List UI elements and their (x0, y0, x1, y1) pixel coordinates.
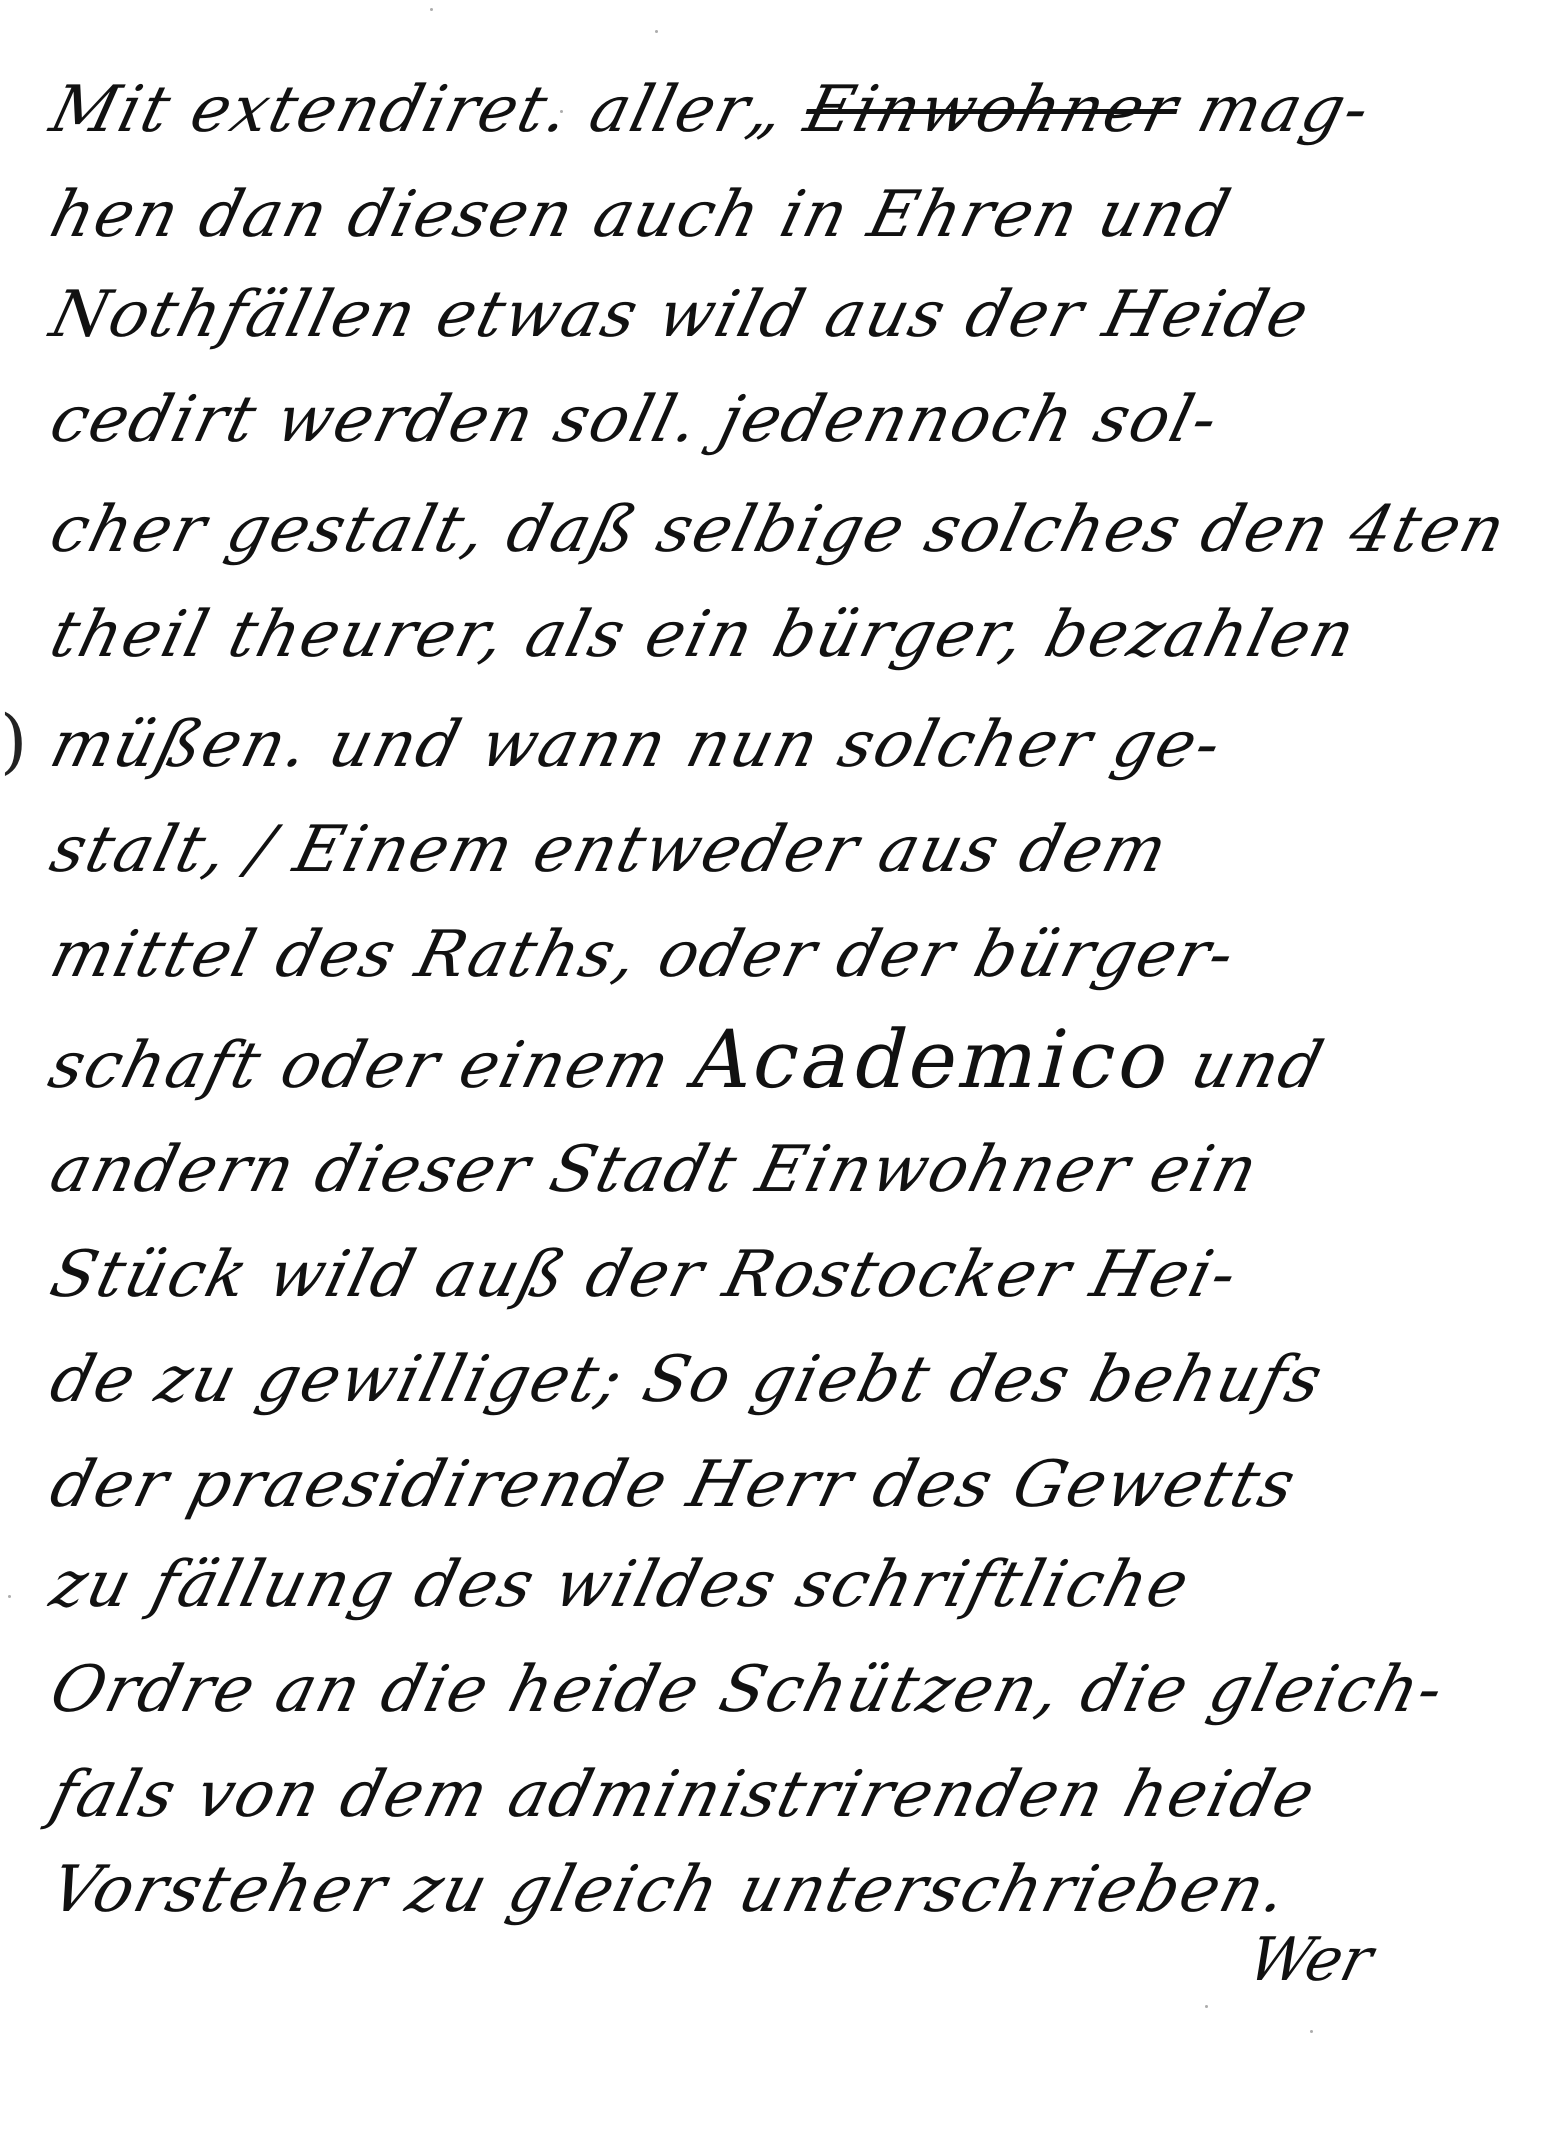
text-line-8: stalt, / Einem entweder aus dem (40, 800, 1179, 900)
line-text: Mit extendiret. aller„ (43, 73, 816, 147)
text-line-2: hen dan diesen auch in Ehren und (40, 165, 1242, 265)
text-line-1: Mit extendiret. aller„ Einwohner mag- (40, 60, 1382, 160)
speck (655, 30, 658, 33)
text-line-9: mittel des Raths, oder der bürger- (40, 905, 1246, 1005)
line-text: schaft oder einem (42, 1029, 701, 1103)
text-line-16: Ordre an die heide Schützen, die gleich- (40, 1640, 1455, 1740)
margin-mark: ) (0, 700, 27, 782)
text-line-13: de zu gewilliget; So giebt des behufs (40, 1330, 1334, 1430)
text-line-6: theil theurer, als ein bürger, bezahlen (40, 585, 1367, 685)
text-line-5: cher gestalt, daß selbige solches den 4t… (40, 480, 1517, 580)
text-line-4: cedirt werden soll. jedennoch sol- (40, 370, 1230, 470)
text-line-11: andern dieser Stadt Einwohner ein (40, 1120, 1270, 1220)
text-line-14: der praesidirende Herr des Gewetts (40, 1435, 1307, 1535)
text-line-12: Stück wild auß der Rostocker Hei- (40, 1225, 1249, 1325)
text-line-18: Vorsteher zu gleich unterschrieben. (40, 1840, 1299, 1940)
speck (1205, 2005, 1208, 2008)
text-line-7: müßen. und wann nun solcher ge- (40, 695, 1233, 795)
catchword: Wer (1241, 1925, 1379, 1995)
text-line-10: schaft oder einem Academico und (40, 1010, 1337, 1110)
speck (1310, 2030, 1313, 2033)
manuscript-page: ) Mit extendiret. aller„ Einwohner mag- … (0, 0, 1550, 2131)
line-text: und (1162, 1029, 1332, 1103)
latin-word: Academico (682, 1013, 1184, 1106)
speck (430, 8, 433, 11)
text-line-17: fals von dem administrirenden heide (40, 1745, 1327, 1845)
struck-word: Einwohner (797, 73, 1186, 147)
text-line-15: zu fällung des wildes schriftliche (40, 1535, 1201, 1635)
line-text: mag- (1168, 73, 1378, 147)
speck (8, 1595, 11, 1598)
text-line-3: Nothfällen etwas wild aus der Heide (40, 265, 1321, 365)
